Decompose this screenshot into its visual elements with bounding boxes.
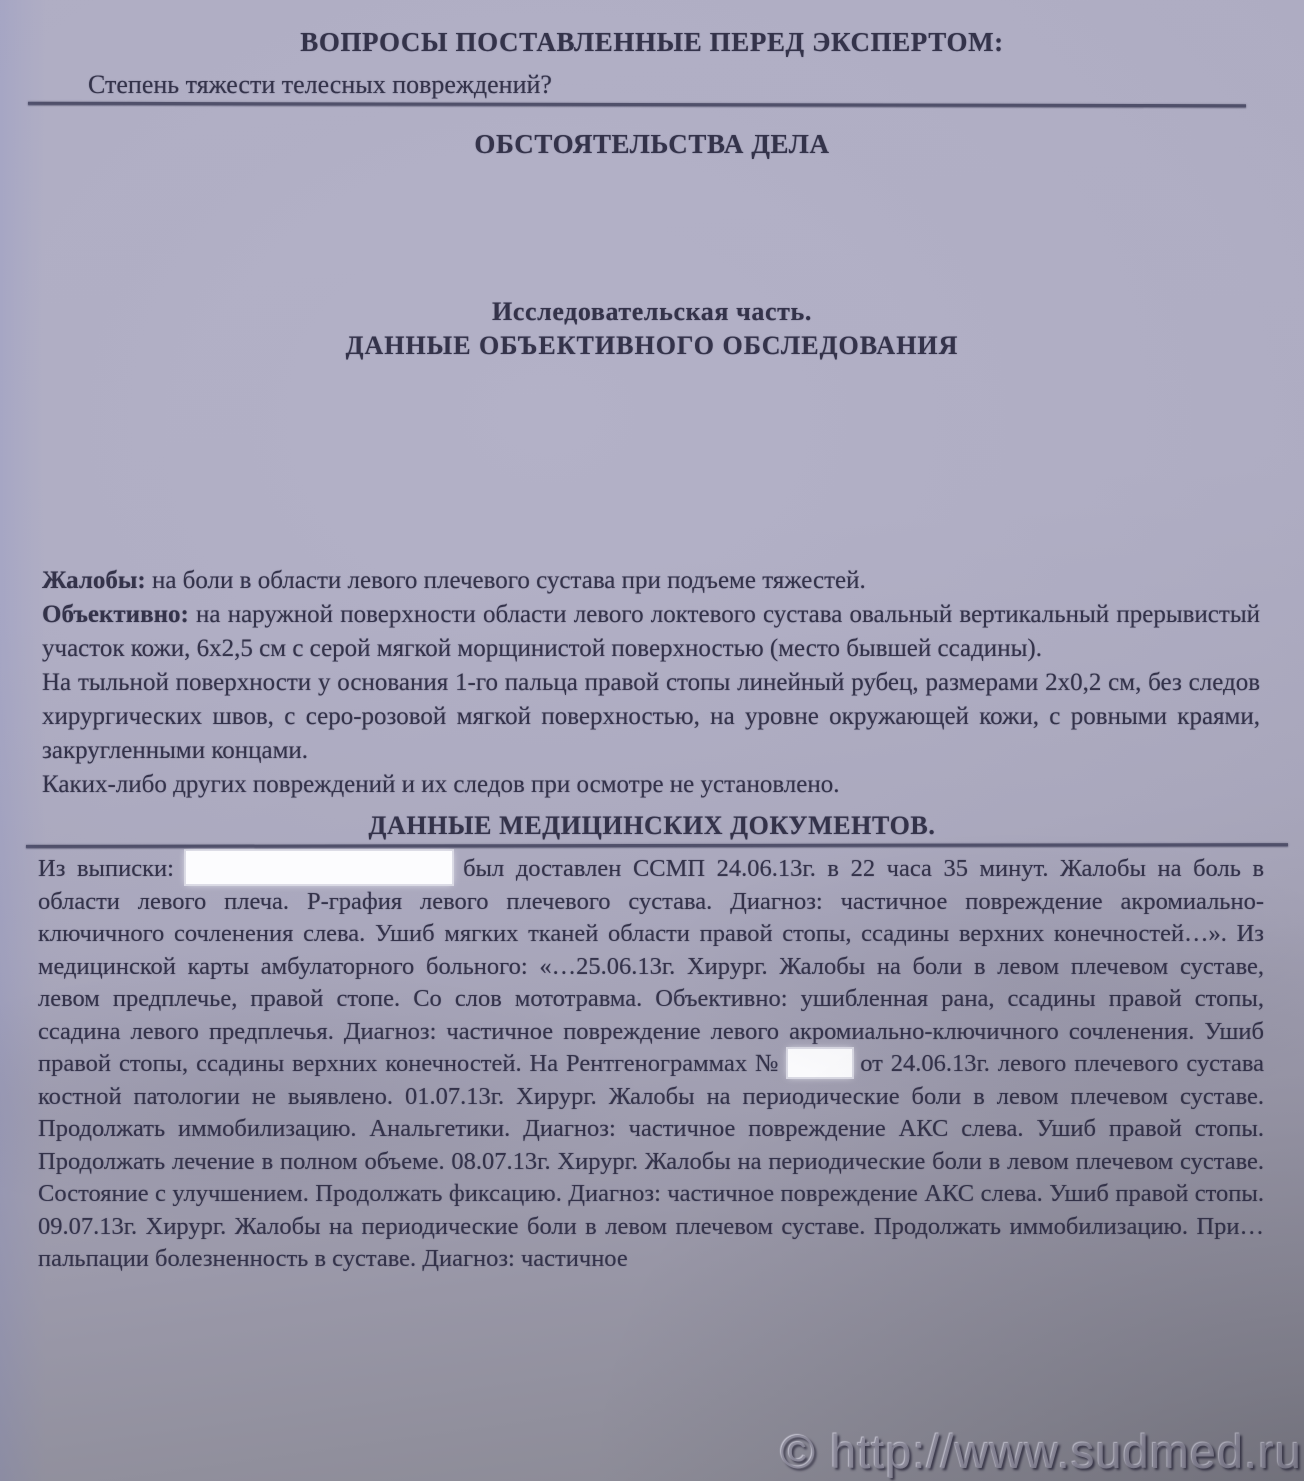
objective-examination-section: Жалобы: на боли в области левого плечево… (0, 564, 1304, 802)
complaints-paragraph: Жалобы: на боли в области левого плечево… (42, 564, 1260, 598)
medical-documents-heading: ДАННЫЕ МЕДИЦИНСКИХ ДОКУМЕНТОВ. (0, 810, 1304, 842)
redaction-box-xray-number (788, 1049, 852, 1077)
sudmed-watermark: © http://www.sudmed.ru (780, 1424, 1302, 1479)
medical-records-paragraph: Из выписки: был доставлен ССМП 24.06.13г… (38, 851, 1264, 1276)
separator-line (28, 102, 1246, 108)
questions-heading: ВОПРОСЫ ПОСТАВЛЕННЫЕ ПЕРЕД ЭКСПЕРТОМ: (0, 0, 1304, 58)
objective-label: Объективно: (42, 601, 189, 628)
redaction-box-patient-name (186, 851, 452, 884)
medical-records-text-2: от 24.06.13г. левого плечевого сустава к… (38, 1050, 1264, 1272)
objective-paragraph: Объективно: на наружной поверхности обла… (42, 598, 1260, 666)
separator-line (26, 843, 1288, 848)
research-part-heading: Исследовательская часть. (0, 296, 1304, 328)
expert-question-text: Степень тяжести телесных повреждений? (88, 70, 1304, 100)
scanned-document-page: ВОПРОСЫ ПОСТАВЛЕННЫЕ ПЕРЕД ЭКСПЕРТОМ: Ст… (0, 0, 1304, 1481)
medical-records-text-1: был доставлен ССМП 24.06.13г. в 22 часа … (38, 855, 1264, 1077)
no-other-findings-paragraph: Каких-либо других повреждений и их следо… (42, 768, 1260, 802)
scar-description-paragraph: На тыльной поверхности у основания 1-го … (42, 666, 1260, 768)
extract-label: Из выписки: (38, 855, 174, 882)
complaints-label: Жалобы: (42, 567, 146, 594)
complaints-text: на боли в области левого плечевого суста… (146, 567, 866, 594)
objective-examination-heading: ДАННЫЕ ОБЪЕКТИВНОГО ОБСЛЕДОВАНИЯ (0, 330, 1304, 362)
medical-documents-section: Из выписки: был доставлен ССМП 24.06.13г… (0, 851, 1304, 1276)
objective-text: на наружной поверхности области левого л… (42, 601, 1260, 662)
case-circumstances-heading: ОБСТОЯТЕЛЬСТВА ДЕЛА (0, 128, 1304, 160)
